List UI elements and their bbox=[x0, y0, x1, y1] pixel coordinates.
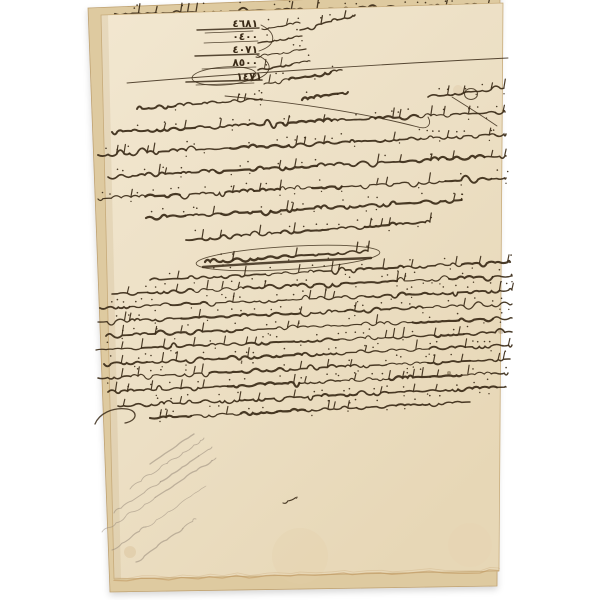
manuscript-scene: ٤٦٨١ ٠٤٠٠ ٤٠٧١ ٨٥٠٠ ١٤٧١ bbox=[0, 0, 600, 600]
main-sheet bbox=[101, 3, 503, 579]
manuscript-photograph: ٤٦٨١ ٠٤٠٠ ٤٠٧١ ٨٥٠٠ ١٤٧١ bbox=[0, 0, 600, 600]
